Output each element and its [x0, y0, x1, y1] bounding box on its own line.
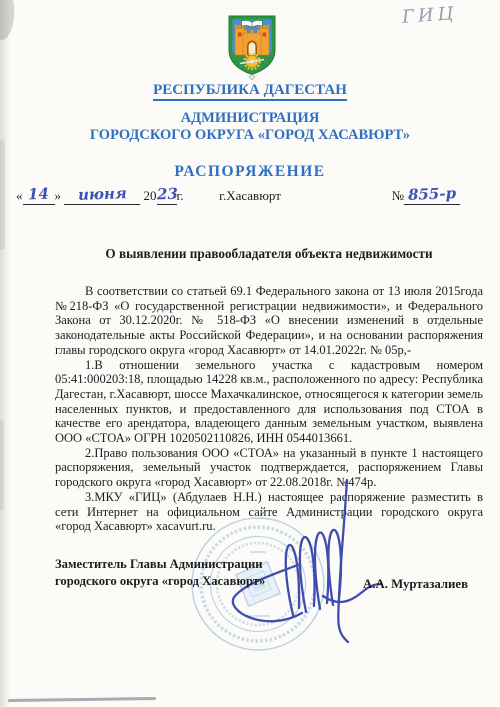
- administration-heading-line1: АДМИНИСТРАЦИЯ: [0, 110, 500, 127]
- number-sign: №: [392, 188, 404, 203]
- republic-heading: РЕСПУБЛИКА ДАГЕСТАН: [0, 82, 500, 99]
- administration-heading-line2: ГОРОДСКОГО ОКРУГА «ГОРОД ХАСАВЮРТ»: [0, 127, 500, 144]
- handwritten-routing-note: ГИЦ: [401, 3, 458, 28]
- handwritten-number: 855-р: [408, 184, 457, 204]
- signer-name: А.А. Муртазалиев: [358, 577, 468, 592]
- scan-smudge: [0, 0, 17, 41]
- dateline: «14» июня 2023г. г.Хасавюрт №855-р: [0, 186, 500, 208]
- scanned-document-page: ГИЦ: [0, 0, 500, 707]
- document-number-field: №855-р: [392, 186, 460, 205]
- signer-position-line2: городского округа «город Хасавюрт»: [55, 573, 265, 590]
- signer-position: Заместитель Главы Администрации городско…: [55, 556, 265, 589]
- document-type-heading: РАСПОРЯЖЕНИЕ: [0, 163, 500, 181]
- khasavyurt-coat-of-arms-icon: [222, 14, 282, 85]
- scan-edge-shadow: [0, 0, 10, 707]
- body-paragraph: 1.В отношении земельного участка с кадас…: [55, 358, 483, 446]
- scan-smudge: [0, 420, 4, 510]
- signer-position-line1: Заместитель Главы Администрации: [55, 556, 265, 573]
- number-blank: 855-р: [404, 186, 460, 205]
- scan-artifact-line: [8, 697, 156, 702]
- document-title: О выявлении правообладателя объекта недв…: [55, 246, 483, 262]
- body-paragraph: В соответствии со статьей 69.1 Федеральн…: [55, 284, 483, 358]
